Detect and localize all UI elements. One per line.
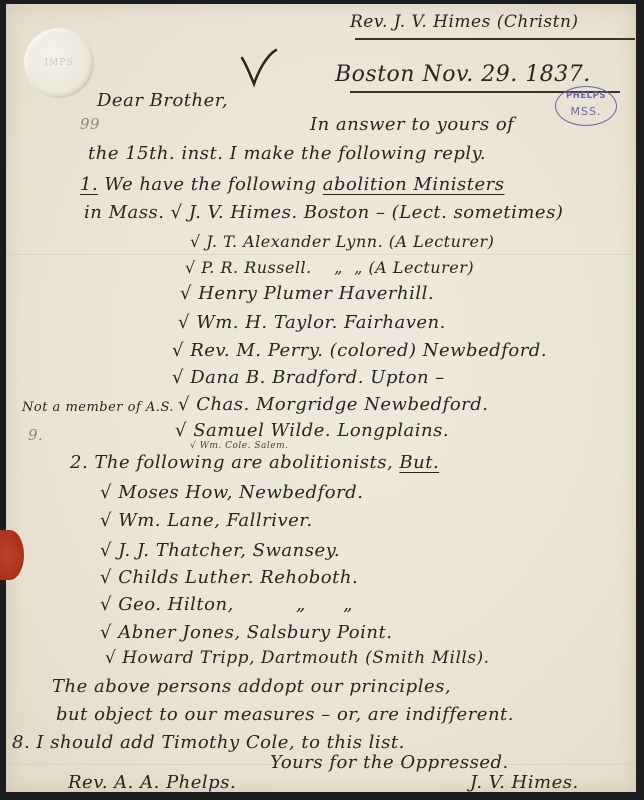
phelps-mss-stamp: PHELPS MSS. [555, 86, 617, 126]
abolitionist-entry: √ Howard Tripp, Dartmouth (Smith Mills). [105, 648, 490, 668]
abolitionist-entry: √ Childs Luther. Rehoboth. [100, 567, 358, 588]
signature: J. V. Himes. [470, 772, 579, 793]
minister-entry: √ Dana B. Bradford. Upton – [172, 367, 445, 388]
section-1-heading: 1. We have the following abolition Minis… [80, 174, 505, 195]
header-underline [355, 38, 635, 40]
abolitionist-entry: √ J. J. Thatcher, Swansey. [100, 540, 340, 561]
abolitionist-entry: √ Abner Jones, Salsbury Point. [100, 622, 392, 643]
minister-entry: √ P. R. Russell. „ „ (A Lecturer) [185, 258, 474, 277]
header-note: Rev. J. V. Himes (Christn) [350, 12, 579, 32]
abolitionist-entry: √ Moses How, Newbedford. [100, 482, 363, 503]
place-date: Boston Nov. 29. 1837. [335, 62, 591, 87]
section-3-line: 8. I should add Timothy Cole, to this li… [12, 732, 405, 753]
checkmark-icon [238, 44, 278, 90]
margin-note-99: 99 [80, 115, 100, 133]
minister-entry: √ J. T. Alexander Lynn. (A Lecturer) [190, 232, 494, 251]
minister-entry: √ Samuel Wilde. Longplains. [175, 420, 449, 441]
abolitionist-entry: √ Geo. Hilton, „ „ [100, 594, 353, 615]
recipient: Rev. A. A. Phelps. [68, 772, 236, 793]
fold-line [6, 254, 636, 255]
minister-entry: √ Chas. Morgridge Newbedford. [178, 394, 489, 415]
minister-entry: √ Henry Plumer Haverhill. [180, 283, 434, 304]
abolitionist-entry: √ Wm. Lane, Fallriver. [100, 510, 313, 531]
intro-line-1: In answer to yours of [310, 114, 514, 135]
section-2-heading: 2. The following are abolitionists, But. [70, 452, 439, 473]
closing-para-line-2: but object to our measures – or, are ind… [56, 704, 514, 725]
embossed-seal-icon: IMPS [24, 28, 94, 98]
margin-note-not-member: Not a member of A.S. [22, 400, 174, 415]
intro-line-2: the 15th. inst. I make the following rep… [88, 143, 486, 164]
valediction: Yours for the Oppressed. [270, 752, 509, 773]
margin-note-9: 9. [28, 426, 43, 444]
salutation: Dear Brother, [97, 90, 228, 111]
minister-entry: √ Rev. M. Perry. (colored) Newbedford. [172, 340, 547, 361]
inserted-entry: √ Wm. Cole. Salem. [190, 441, 288, 451]
minister-entry: √ Wm. H. Taylor. Fairhaven. [178, 312, 446, 333]
closing-para-line-1: The above persons addopt our principles, [52, 676, 451, 697]
section-1-heading-cont: in Mass. √ J. V. Himes. Boston – (Lect. … [84, 202, 563, 223]
